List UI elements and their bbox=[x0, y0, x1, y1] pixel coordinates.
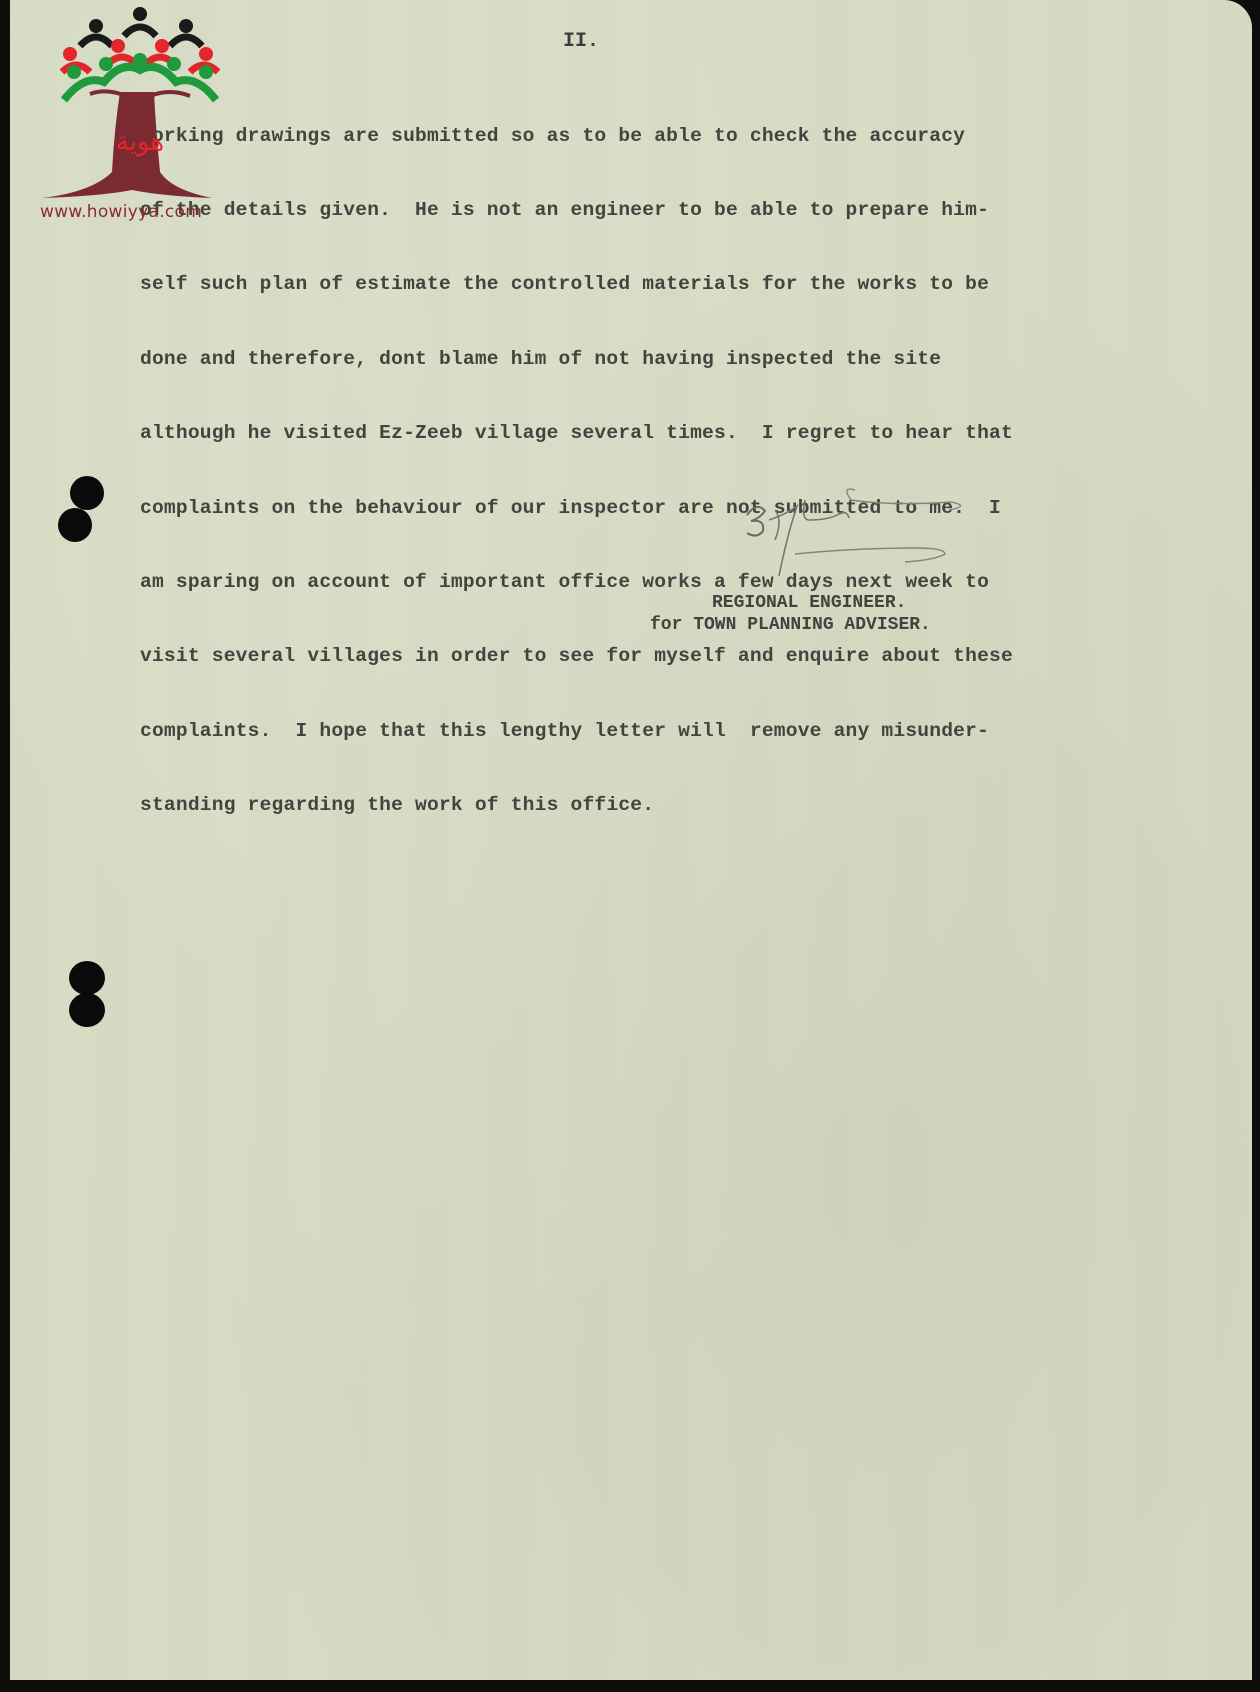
tree-people-logo-icon: هوية bbox=[40, 0, 230, 225]
letter-body: Working drawings are submitted so as to … bbox=[140, 74, 1260, 868]
body-line: complaints. I hope that this lengthy let… bbox=[140, 719, 1260, 744]
body-line: am sparing on account of important offic… bbox=[140, 570, 1260, 595]
page-number: II. bbox=[563, 30, 599, 53]
body-line: done and therefore, dont blame him of no… bbox=[140, 347, 1260, 372]
handwritten-signature-icon bbox=[735, 470, 995, 580]
punch-hole-icon bbox=[69, 961, 105, 995]
body-line: of the details given. He is not an engin… bbox=[140, 198, 1260, 223]
signature-block: REGIONAL ENGINEER. for TOWN PLANNING ADV… bbox=[650, 592, 931, 636]
punch-hole-icon bbox=[69, 993, 105, 1027]
body-line: visit several villages in order to see f… bbox=[140, 644, 1260, 669]
watermark-url: www.howiyya.com bbox=[40, 202, 202, 222]
body-line: Working drawings are submitted so as to … bbox=[140, 124, 1260, 149]
body-line: although he visited Ez-Zeeb village seve… bbox=[140, 421, 1260, 446]
punch-hole-icon bbox=[70, 476, 104, 510]
body-line: self such plan of estimate the controlle… bbox=[140, 272, 1260, 297]
signatory-title: REGIONAL ENGINEER. bbox=[650, 592, 931, 614]
signatory-for: for TOWN PLANNING ADVISER. bbox=[650, 614, 931, 636]
document-page: II. Working drawings are submitted so as… bbox=[10, 0, 1252, 1680]
body-line: complaints on the behaviour of our inspe… bbox=[140, 496, 1260, 521]
body-line: standing regarding the work of this offi… bbox=[140, 793, 1260, 818]
punch-hole-icon bbox=[58, 508, 92, 542]
logo-arabic-text: هوية bbox=[116, 127, 164, 157]
